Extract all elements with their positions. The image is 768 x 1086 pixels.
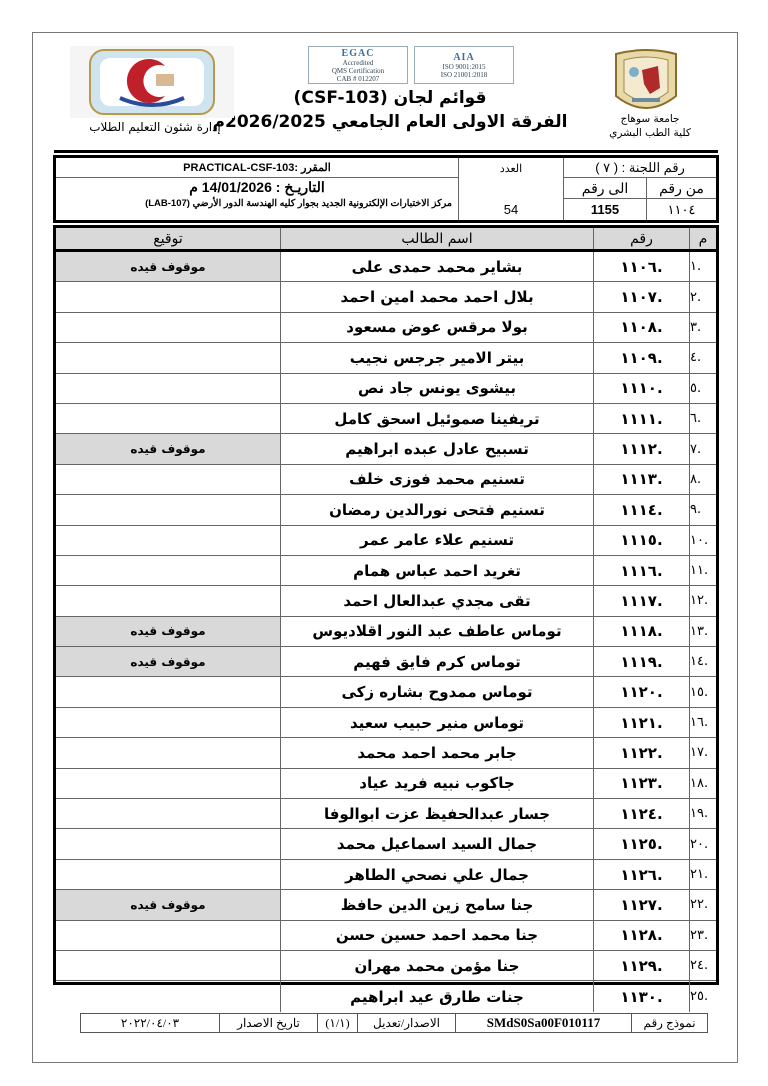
egac-sub: Accredited	[343, 59, 374, 67]
row-index: .١٩	[689, 799, 716, 828]
student-number: .١١١١	[593, 404, 689, 433]
exam-location: مركز الاختبارات الإلكترونية الجديد بجوار…	[56, 196, 458, 211]
table-row: .٢١.١١٢٦جمال علي نصحي الطاهر	[56, 860, 716, 890]
student-name: جنا سامح زين الدين حافظ	[280, 890, 593, 919]
student-number: .١١١٩	[593, 647, 689, 676]
signature-cell	[56, 951, 280, 980]
student-number: .١١٢٩	[593, 951, 689, 980]
revision-value: (١/١)	[317, 1014, 357, 1032]
student-number: .١١٠٧	[593, 282, 689, 311]
student-name: جابر محمد احمد محمد	[280, 738, 593, 767]
table-row: .٧.١١١٢تسبيح عادل عبده ابراهيمموقوف قيده	[56, 434, 716, 464]
document-title: قوائم لجان (CSF-103)	[240, 88, 540, 108]
student-number: .١١١٥	[593, 526, 689, 555]
signature-cell	[56, 799, 280, 828]
table-header: م رقم اسم الطالب توقيع	[56, 228, 716, 252]
student-name: جنا مؤمن محمد مهران	[280, 951, 593, 980]
row-index: .٣	[689, 313, 716, 342]
row-index: .٨	[689, 465, 716, 494]
row-index: .١	[689, 252, 716, 281]
student-number: .١١٠٩	[593, 343, 689, 372]
row-index: .٢١	[689, 860, 716, 889]
table-row: .٢٤.١١٢٩جنا مؤمن محمد مهران	[56, 951, 716, 981]
certification-logos: EGAC Accredited QMS Certification CAB # …	[308, 46, 514, 84]
table-row: .٩.١١١٤تسنيم فتحى نورالدين رمضان	[56, 495, 716, 525]
from-value: ١١٠٤	[646, 199, 716, 220]
row-index: .١٧	[689, 738, 716, 767]
table-row: .١٨.١١٢٣جاكوب نبيه فريد عياد	[56, 769, 716, 799]
student-number: .١١٣٠	[593, 981, 689, 1011]
table-row: .١٧.١١٢٢جابر محمد احمد محمد	[56, 738, 716, 768]
student-number: .١١٠٦	[593, 252, 689, 281]
signature-cell	[56, 313, 280, 342]
signature-cell	[56, 404, 280, 433]
faculty-name: كلية الطب البشري	[600, 126, 700, 140]
signature-cell	[56, 282, 280, 311]
student-name: جمال السيد اسماعيل محمد	[280, 829, 593, 858]
table-row: .١١.١١١٦تغريد احمد عباس همام	[56, 556, 716, 586]
student-number: .١١٢٣	[593, 769, 689, 798]
row-index: .٢٢	[689, 890, 716, 919]
student-name: تسنيم علاء عامر عمر	[280, 526, 593, 555]
table-row: .١٦.١١٢١توماس منير حبيب سعيد	[56, 708, 716, 738]
row-index: .٧	[689, 434, 716, 463]
count-label: العدد	[458, 158, 563, 178]
table-row: .٣.١١٠٨بولا مرقس عوض مسعود	[56, 313, 716, 343]
count-spacer	[458, 178, 563, 199]
signature-cell	[56, 495, 280, 524]
signature-cell	[56, 860, 280, 889]
egac-line: CAB # 012207	[337, 75, 379, 83]
table-row: .٢٠.١١٢٥جمال السيد اسماعيل محمد	[56, 829, 716, 859]
signature-cell	[56, 921, 280, 950]
student-number: .١١٢١	[593, 708, 689, 737]
university-caption: جامعة سوهاج كلية الطب البشري	[600, 112, 700, 140]
signature-cell: موقوف قيده	[56, 647, 280, 676]
signature-cell	[56, 586, 280, 615]
table-row: .٢٣.١١٢٨جنا محمد احمد حسين حسن	[56, 921, 716, 951]
student-affairs-caption: إدارة شئون التعليم الطلاب	[60, 120, 250, 134]
row-index: .٢٥	[689, 981, 716, 1011]
document-subtitle: الفرقة الاولى العام الجامعي 2026/2025م	[210, 112, 570, 132]
student-name: تسنيم محمد فوزى خلف	[280, 465, 593, 494]
committee-number: رقم اللجنة : ( ٧ )	[563, 158, 716, 178]
table-row: .٢٢.١١٢٧جنا سامح زين الدين حافظموقوف قيد…	[56, 890, 716, 920]
signature-cell: موقوف قيده	[56, 252, 280, 281]
table-row: .٦.١١١١تريفينا صموئيل اسحق كامل	[56, 404, 716, 434]
header-divider	[54, 150, 718, 153]
student-name: تسنيم فتحى نورالدين رمضان	[280, 495, 593, 524]
student-number: .١١٢٤	[593, 799, 689, 828]
committee-info-table: رقم اللجنة : ( ٧ ) من رقم الى رقم ١١٠٤ 1…	[53, 155, 719, 223]
signature-cell	[56, 374, 280, 403]
form-footer: نموذج رقم SMdS0Sa00F010117 الاصدار/تعديل…	[80, 1013, 708, 1033]
table-row: .١٠.١١١٥تسنيم علاء عامر عمر	[56, 526, 716, 556]
student-name: توماس عاطف عبد النور اقلاديوس	[280, 617, 593, 646]
signature-cell	[56, 465, 280, 494]
student-name: جنا محمد احمد حسين حسن	[280, 921, 593, 950]
signature-cell: موقوف قيده	[56, 890, 280, 919]
signature-cell	[56, 556, 280, 585]
egac-line: QMS Certification	[332, 67, 384, 75]
signature-cell: موقوف قيده	[56, 617, 280, 646]
row-index: .١٠	[689, 526, 716, 555]
header-index: م	[689, 228, 716, 249]
issue-date-value: ٢٠٢٢/٠٤/٠٣	[81, 1014, 219, 1032]
student-name: جمال علي نصحي الطاهر	[280, 860, 593, 889]
table-row: .٢٥.١١٣٠جنات طارق عيد ابراهيم	[56, 981, 716, 1011]
aia-logo: AIA ISO 9001:2015 ISO 21001:2018	[414, 46, 514, 84]
student-number: .١١١٢	[593, 434, 689, 463]
header-name: اسم الطالب	[280, 228, 593, 249]
student-number: .١١١٨	[593, 617, 689, 646]
signature-cell	[56, 738, 280, 767]
student-name: بيشوى يونس جاد نص	[280, 374, 593, 403]
row-index: .٢٣	[689, 921, 716, 950]
student-number: .١١٢٢	[593, 738, 689, 767]
student-number: .١١١٦	[593, 556, 689, 585]
university-name: جامعة سوهاج	[600, 112, 700, 126]
table-row: .١٩.١١٢٤جسار عبدالحفيظ عزت ابوالوفا	[56, 799, 716, 829]
signature-cell	[56, 526, 280, 555]
row-index: .١١	[689, 556, 716, 585]
form-number-label: نموذج رقم	[631, 1014, 707, 1032]
student-name: جاكوب نبيه فريد عياد	[280, 769, 593, 798]
egac-logo: EGAC Accredited QMS Certification CAB # …	[308, 46, 408, 84]
student-name: توماس ممدوح بشاره زكى	[280, 677, 593, 706]
row-index: .٥	[689, 374, 716, 403]
egac-name: EGAC	[342, 48, 375, 59]
signature-cell	[56, 981, 280, 1011]
student-name: بشاير محمد حمدى على	[280, 252, 593, 281]
student-name: جنات طارق عيد ابراهيم	[280, 981, 593, 1011]
student-list-table: م رقم اسم الطالب توقيع .١.١١٠٦بشاير محمد…	[53, 225, 719, 985]
student-name: بيتر الامير جرجس نجيب	[280, 343, 593, 372]
student-name: جسار عبدالحفيظ عزت ابوالوفا	[280, 799, 593, 828]
table-row: .٨.١١١٣تسنيم محمد فوزى خلف	[56, 465, 716, 495]
signature-cell: موقوف قيده	[56, 434, 280, 463]
student-number: .١١٢٧	[593, 890, 689, 919]
header-number: رقم	[593, 228, 689, 249]
count-value: 54	[458, 199, 563, 220]
row-index: .١٣	[689, 617, 716, 646]
aia-name: AIA	[453, 52, 474, 63]
row-index: .١٨	[689, 769, 716, 798]
student-number: .١١٢٥	[593, 829, 689, 858]
signature-cell	[56, 769, 280, 798]
sohag-university-logo	[606, 48, 686, 116]
student-name: تسبيح عادل عبده ابراهيم	[280, 434, 593, 463]
student-name: بولا مرقس عوض مسعود	[280, 313, 593, 342]
student-name: توماس كرم فايق فهيم	[280, 647, 593, 676]
student-name: تريفينا صموئيل اسحق كامل	[280, 404, 593, 433]
student-number: .١١١٣	[593, 465, 689, 494]
signature-cell	[56, 343, 280, 372]
aia-line: ISO 21001:2018	[441, 71, 487, 79]
row-index: .٤	[689, 343, 716, 372]
student-name: تقى مجدي عبدالعال احمد	[280, 586, 593, 615]
table-row: .٥.١١١٠بيشوى يونس جاد نص	[56, 374, 716, 404]
row-index: .٢٠	[689, 829, 716, 858]
to-label: الى رقم	[563, 178, 646, 199]
student-number: .١١٠٨	[593, 313, 689, 342]
table-row: .١٣.١١١٨توماس عاطف عبد النور اقلاديوسموق…	[56, 617, 716, 647]
signature-cell	[56, 708, 280, 737]
revision-label: الاصدار/تعديل	[357, 1014, 455, 1032]
row-index: .٦	[689, 404, 716, 433]
table-body: .١.١١٠٦بشاير محمد حمدى علىموقوف قيده.٢.١…	[56, 252, 716, 1012]
header-signature: توقيع	[56, 228, 280, 249]
student-number: .١١٢٠	[593, 677, 689, 706]
student-number: .١١١٧	[593, 586, 689, 615]
student-number: .١١١٤	[593, 495, 689, 524]
to-value: 1155	[563, 199, 646, 220]
aia-line: ISO 9001:2015	[443, 63, 486, 71]
issue-date-label: تاريخ الاصدار	[219, 1014, 317, 1032]
row-index: .٩	[689, 495, 716, 524]
row-index: .١٤	[689, 647, 716, 676]
row-index: .١٥	[689, 677, 716, 706]
row-index: .١٦	[689, 708, 716, 737]
student-name: تغريد احمد عباس همام	[280, 556, 593, 585]
form-number-value: SMdS0Sa00F010117	[455, 1014, 631, 1032]
table-row: .١٢.١١١٧تقى مجدي عبدالعال احمد	[56, 586, 716, 616]
table-row: .٢.١١٠٧بلال احمد محمد امين احمد	[56, 282, 716, 312]
table-row: .١.١١٠٦بشاير محمد حمدى علىموقوف قيده	[56, 252, 716, 282]
student-number: .١١٢٨	[593, 921, 689, 950]
signature-cell	[56, 829, 280, 858]
row-index: .٢٤	[689, 951, 716, 980]
student-number: .١١١٠	[593, 374, 689, 403]
student-number: .١١٢٦	[593, 860, 689, 889]
course-name: المقرر :PRACTICAL-CSF-103	[56, 158, 458, 178]
row-index: .١٢	[689, 586, 716, 615]
faculty-of-medicine-logo	[70, 46, 234, 118]
student-name: بلال احمد محمد امين احمد	[280, 282, 593, 311]
from-label: من رقم	[646, 178, 716, 199]
row-index: .٢	[689, 282, 716, 311]
table-row: .١٥.١١٢٠توماس ممدوح بشاره زكى	[56, 677, 716, 707]
table-row: .٤.١١٠٩بيتر الامير جرجس نجيب	[56, 343, 716, 373]
exam-date: التاريـخ : 14/01/2026 م	[56, 178, 458, 196]
student-name: توماس منير حبيب سعيد	[280, 708, 593, 737]
table-row: .١٤.١١١٩توماس كرم فايق فهيمموقوف قيده	[56, 647, 716, 677]
signature-cell	[56, 677, 280, 706]
